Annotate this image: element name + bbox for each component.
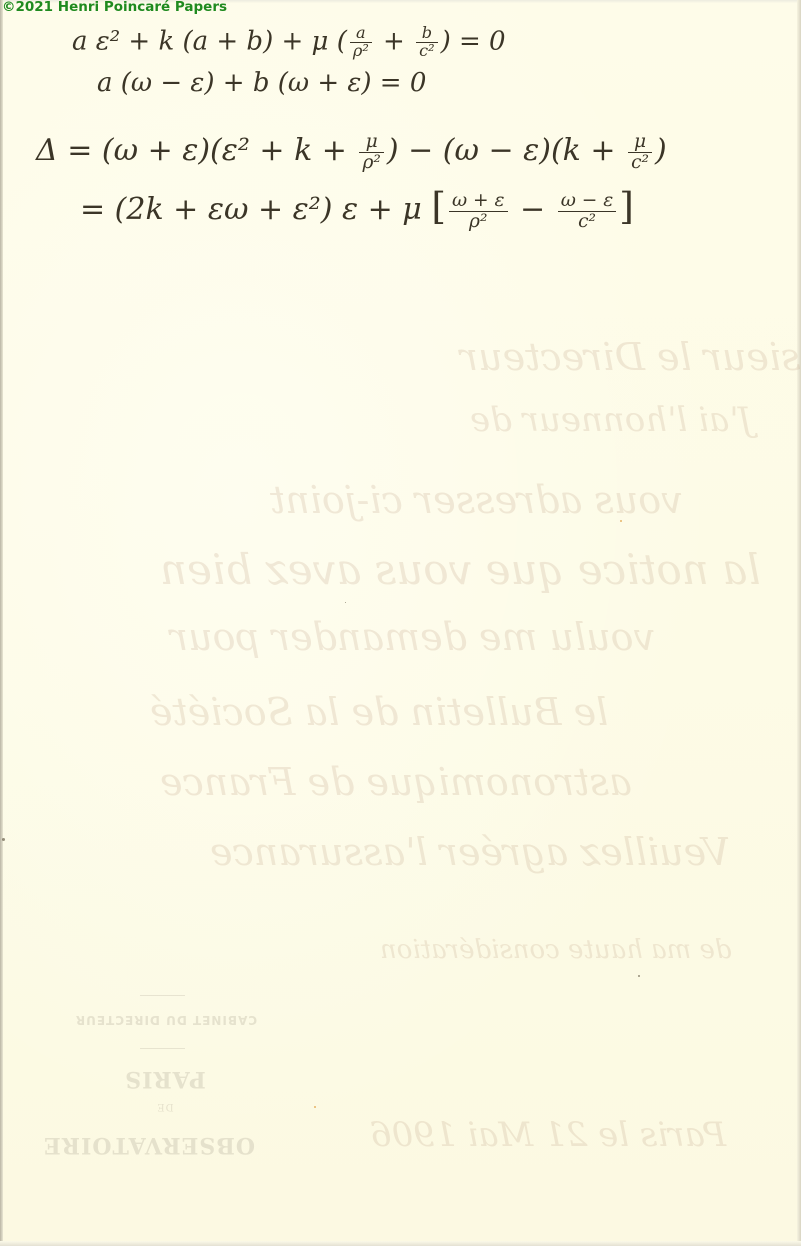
paper-edge-right [797, 0, 801, 1246]
fraction-mu-over-rho-squared: μρ² [359, 132, 383, 172]
letterhead-institution: OBSERVATOIRE [75, 1132, 255, 1158]
fraction-mu-over-c-squared: μc² [628, 132, 652, 172]
letterhead-rule [140, 995, 185, 996]
bleed-through-line: de ma haute considération [380, 935, 732, 965]
bleed-through-line: Monsieur le Directeur [460, 335, 801, 379]
equation-2: a (ω − ε) + b (ω + ε) = 0 [97, 70, 426, 96]
paper-speck [2, 838, 5, 841]
fraction-a-over-rho-squared: aρ² [350, 25, 372, 60]
copyright-watermark: ©2021 Henri Poincaré Papers [2, 0, 227, 15]
paper-edge-left [0, 0, 3, 1246]
paper-edge-bottom [0, 1241, 801, 1246]
manuscript-page: ©2021 Henri Poincaré Papers a ε² + k (a … [0, 0, 801, 1246]
equation-1: a ε² + k (a + b) + μ (aρ² + bc²) = 0 [72, 25, 506, 60]
equation-3-delta-definition: Δ = (ω + ε)(ε² + k + μρ²) − (ω − ε)(k + … [36, 132, 667, 172]
bleed-through-line: vous adresser ci-joint [270, 478, 683, 522]
letterhead-rule [140, 1048, 185, 1049]
equation-1-rhs: ) = 0 [441, 26, 506, 56]
paper-speck [345, 602, 346, 603]
paper-speck [620, 520, 622, 522]
bleed-through-line: la notice que vous avez bien [160, 545, 761, 594]
letterhead-city: PARIS [100, 1066, 230, 1092]
bleed-through-line: voulu me demander pour [170, 615, 655, 659]
bleed-through-line: astronomique de France [160, 760, 632, 804]
letterhead-de: DE [140, 1101, 190, 1112]
bleed-through-line: Veuillez agréer l'assurance [210, 830, 730, 874]
paper-speck [314, 1106, 316, 1108]
open-bracket: [ [431, 184, 446, 228]
equation-4-delta-expansion: = (2k + εω + ε²) ε + μ [ω + ερ² − ω − εc… [80, 188, 634, 231]
equation-1-lhs: a ε² + k (a + b) + μ ( [72, 26, 347, 56]
letterhead-cabinet: CABINET DU DIRECTEUR [48, 1013, 284, 1027]
bleed-through-line: J'ai l'honneur de [470, 400, 752, 440]
bleed-through-line: le Bulletin de la Société [150, 690, 608, 734]
paper-speck [638, 975, 640, 977]
fraction-b-over-c-squared: bc² [416, 25, 437, 60]
fraction-omega-plus-epsilon-over-rho-squared: ω + ερ² [449, 191, 508, 231]
close-bracket: ] [619, 184, 634, 228]
bleed-through-date: Paris le 21 Mai 1906 [370, 1115, 726, 1155]
fraction-omega-minus-epsilon-over-c-squared: ω − εc² [558, 191, 617, 231]
